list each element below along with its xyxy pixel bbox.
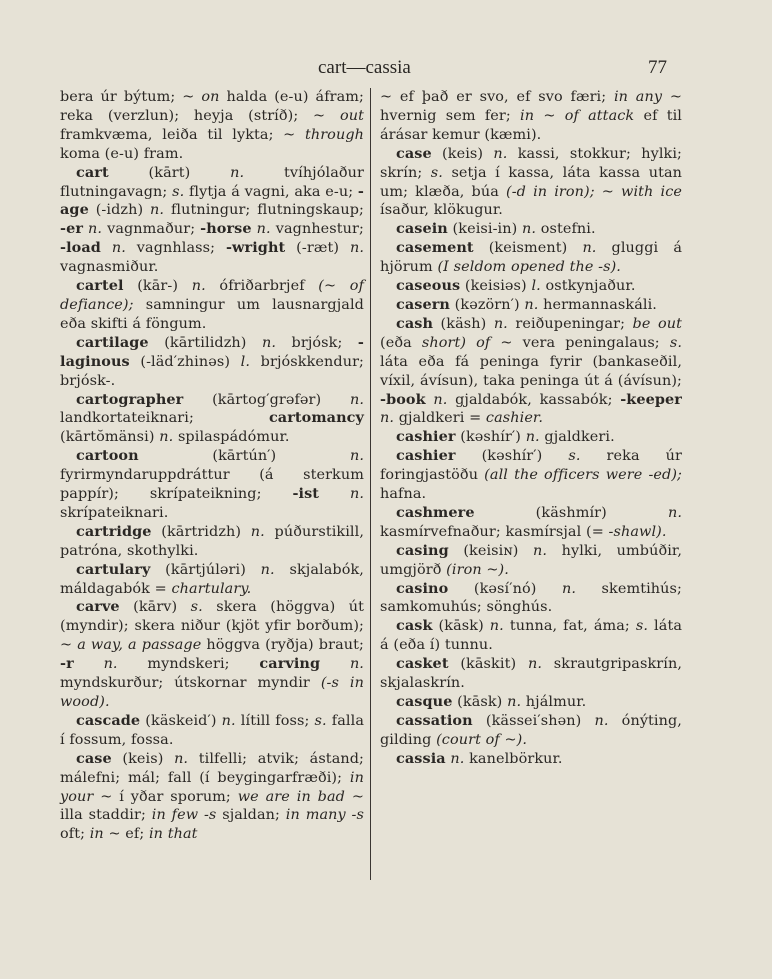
entry-text: (kəsí′nó)	[448, 581, 562, 597]
column-divider	[370, 88, 371, 880]
headword: case	[396, 145, 432, 162]
headword: cartulary	[76, 561, 150, 578]
entry-text: on	[201, 89, 219, 105]
entry-text: landkortateiknari;	[60, 410, 269, 426]
entry-text: n.	[350, 486, 364, 502]
entry-text: (käshmír)	[475, 505, 668, 521]
entry-text: -keeper	[620, 391, 682, 408]
entry-text: s.	[315, 713, 327, 729]
entry-text: -ist	[292, 485, 319, 502]
headword: cash	[396, 315, 433, 332]
entry-text: bera úr býtum; ~	[60, 89, 201, 105]
entry-text: -horse	[200, 220, 251, 237]
entry-text: (-läd′zhinəs)	[130, 354, 241, 370]
entry-text: n.	[380, 410, 394, 426]
entry-text: n.	[174, 751, 188, 767]
entry-text: gjaldabók, kassabók;	[447, 392, 620, 408]
entry-text: n.	[433, 392, 447, 408]
entry-text: reiðupeningar;	[508, 316, 633, 332]
dictionary-entry: cartoon (kārtún′) n. fyrirmyndaruppdrátt…	[60, 447, 364, 523]
entry-text: (court of ~).	[436, 732, 527, 748]
headword: cassation	[396, 712, 473, 729]
entry-text: hvernig sem fer;	[380, 108, 520, 124]
dictionary-entry: cartographer (kārtog′grəfər) n. landkort…	[60, 391, 364, 448]
entry-text: -load	[60, 239, 101, 256]
entry-text: carving	[259, 655, 320, 672]
entry-text: myndskurður; útskornar myndir	[60, 675, 321, 691]
entry-text: ostkynjaður.	[541, 278, 636, 294]
entry-text: (kārt)	[109, 165, 230, 181]
entry-text: (kāsk)	[452, 694, 507, 710]
dictionary-entry: casein (keisi-in) n. ostefni.	[380, 220, 682, 239]
entry-text: (kārtjúləri)	[150, 562, 260, 578]
dictionary-entry: case (keis) n. kassi, stokkur; hylki; sk…	[380, 145, 682, 221]
entry-text: (keis)	[432, 146, 494, 162]
entry-text: in ~	[90, 826, 121, 842]
headword: cartographer	[76, 391, 183, 408]
entry-text: -shawl).	[609, 524, 667, 540]
headword: casement	[396, 239, 474, 256]
entry-text: (iron ~).	[446, 562, 509, 578]
running-head: cart—cassia	[318, 57, 411, 79]
entry-text: hafna.	[380, 486, 426, 502]
entry-text: n.	[261, 562, 275, 578]
entry-text: s.	[431, 165, 443, 181]
entry-text: skrípateiknari.	[60, 505, 168, 521]
entry-text: -er	[60, 220, 83, 237]
entry-text: n.	[533, 543, 547, 559]
entry-text: n.	[350, 240, 364, 256]
entry-text: n.	[493, 146, 507, 162]
entry-text: myndskeri;	[118, 656, 260, 672]
dictionary-entry: cascade (käskeid′) n. lítill foss; s. fa…	[60, 712, 364, 750]
entry-text	[74, 656, 104, 672]
entry-text: (keis)	[112, 751, 174, 767]
entry-text: n.	[112, 240, 126, 256]
entry-text: n.	[582, 240, 596, 256]
headword: cassia	[396, 750, 446, 767]
entry-text: flytja á vagni, aka e-u;	[184, 184, 358, 200]
entry-text: -r	[60, 655, 74, 672]
dictionary-entry: case (keis) n. tilfelli; atvik; ástand; …	[60, 750, 364, 845]
headword: cascade	[76, 712, 140, 729]
headword: case	[76, 750, 112, 767]
headword: cartilage	[76, 334, 149, 351]
page-number: 77	[648, 57, 667, 79]
dictionary-entry: cashier (kəshír′) n. gjaldkeri.	[380, 428, 682, 447]
dictionary-entry: cashmere (käshmír) n. kasmírvefnaður; ka…	[380, 504, 682, 542]
entry-text: n.	[230, 165, 244, 181]
entry-text: (kässei′shən)	[473, 713, 595, 729]
headword: cashmere	[396, 504, 475, 521]
entry-text	[101, 240, 112, 256]
entry-text: n.	[450, 751, 464, 767]
dictionary-entry: cash (käsh) n. reiðupeningar; be out (eð…	[380, 315, 682, 428]
entry-text: (kəshír′)	[456, 448, 569, 464]
dictionary-entry: casque (kāsk) n. hjálmur.	[380, 693, 682, 712]
entry-text: cashier.	[486, 410, 543, 426]
entry-text: n.	[494, 316, 508, 332]
entry-text: (kəzörn′)	[450, 297, 524, 313]
entry-text: (-ræt)	[285, 240, 350, 256]
entry-text: n.	[257, 221, 271, 237]
dictionary-entry: carve (kārv) s. skera (höggva) út (myndi…	[60, 598, 364, 711]
entry-text: (keisiəs)	[460, 278, 531, 294]
entry-text: n.	[490, 618, 504, 634]
entry-text: (keisi-in)	[448, 221, 522, 237]
dictionary-entry: bera úr býtum; ~ on halda (e-u) áfram; r…	[60, 88, 364, 164]
entry-text: gjaldkeri.	[540, 429, 615, 445]
headword: cartridge	[76, 523, 152, 540]
entry-text: n.	[104, 656, 118, 672]
entry-text: vagnasmiður.	[60, 259, 158, 275]
entry-text: ostefni.	[536, 221, 596, 237]
entry-text: (kāsk)	[433, 618, 490, 634]
dictionary-entry: cassation (kässei′shən) n. ónýting, gild…	[380, 712, 682, 750]
entry-text: ef;	[121, 826, 149, 842]
entry-text: n.	[88, 221, 102, 237]
dictionary-entry: cashier (kəshír′) s. reka úr foringjastö…	[380, 447, 682, 504]
entry-text: be out	[633, 316, 682, 332]
entry-text: illa staddir;	[60, 807, 152, 823]
page-header: cart—cassia 77	[0, 57, 772, 81]
entry-text: n.	[668, 505, 682, 521]
dictionary-entry: ~ ef það er svo, ef svo færi; in any ~ h…	[380, 88, 682, 145]
entry-text: láta eða fá peninga fyrir (bankaseðil, v…	[380, 354, 682, 389]
headword: casino	[396, 580, 448, 597]
headword: cartoon	[76, 447, 139, 464]
entry-text: hjálmur.	[521, 694, 586, 710]
headword: cask	[396, 617, 433, 634]
entry-text: vagnhestur;	[271, 221, 364, 237]
entry-text: framkvæma, leiða til lykta; ~	[60, 127, 305, 143]
entry-text: n.	[350, 656, 364, 672]
entry-text: s.	[636, 618, 648, 634]
entry-text: flutningur; flutningskaup;	[164, 202, 364, 218]
headword: cashier	[396, 447, 456, 464]
entry-text: koma (e-u) fram.	[60, 146, 183, 162]
dictionary-entry: caseous (keisiəs) l. ostkynjaður.	[380, 277, 682, 296]
headword: casern	[396, 296, 450, 313]
entry-text: kasmírvefnaður; kasmírsjal (=	[380, 524, 609, 540]
entry-text: (kārtog′grəfər)	[183, 392, 350, 408]
entry-text: (-idzh)	[89, 202, 150, 218]
entry-text: hermannaskáli.	[538, 297, 657, 313]
entry-text: (kārtilidzh)	[149, 335, 262, 351]
entry-text: (kāskit)	[449, 656, 528, 672]
headword: caseous	[396, 277, 460, 294]
left-column: bera úr býtum; ~ on halda (e-u) áfram; r…	[60, 88, 364, 844]
entry-text: n.	[350, 392, 364, 408]
entry-text: n.	[192, 278, 206, 294]
entry-text: tunna, fat, áma;	[504, 618, 636, 634]
headword: cartel	[76, 277, 124, 294]
entry-text: n.	[159, 429, 173, 445]
dictionary-entry: cartel (kār-) n. ófriðarbrjef (~ of defi…	[60, 277, 364, 334]
entry-text: in any ~	[614, 89, 682, 105]
headword: casein	[396, 220, 448, 237]
entry-text: l.	[241, 354, 250, 370]
entry-text: (kārtŏmänsi)	[60, 429, 159, 445]
entry-text: (kəshír′)	[456, 429, 526, 445]
entry-text: (all the officers were -ed);	[484, 467, 682, 483]
headword: casket	[396, 655, 449, 672]
entry-text: n.	[507, 694, 521, 710]
entry-text: (kārv)	[120, 599, 191, 615]
dictionary-entry: cartulary (kārtjúləri) n. skjalabók, mál…	[60, 561, 364, 599]
dictionary-entry: casement (keisment) n. gluggi á hjörum (…	[380, 239, 682, 277]
entry-text: through	[305, 127, 364, 143]
entry-text: vagnmaður;	[102, 221, 200, 237]
dictionary-entry: casket (kāskit) n. skrautgripaskrín, skj…	[380, 655, 682, 693]
entry-text: n.	[594, 713, 608, 729]
entry-text: kanelbörkur.	[464, 751, 562, 767]
entry-text: (keisiɴ)	[449, 543, 533, 559]
entry-text: l.	[531, 278, 540, 294]
entry-text: short) of ~	[422, 335, 513, 351]
dictionary-entry: casino (kəsí′nó) n. skemtihús; samkomuhú…	[380, 580, 682, 618]
dictionary-entry: cartridge (kārtridzh) n. púðurstikill, p…	[60, 523, 364, 561]
entry-text: n.	[251, 524, 265, 540]
entry-text: gjaldkeri =	[394, 410, 486, 426]
entry-text: n.	[522, 221, 536, 237]
dictionary-entry: cartilage (kārtilidzh) n. brjósk; -lagin…	[60, 334, 364, 391]
entry-text: n.	[562, 581, 576, 597]
entry-text: in many -s	[286, 807, 364, 823]
entry-text: ófriðarbrjef	[206, 278, 319, 294]
entry-text: (kār-)	[124, 278, 192, 294]
entry-text: n.	[524, 297, 538, 313]
right-column: ~ ef það er svo, ef svo færi; in any ~ h…	[380, 88, 682, 769]
entry-text: n.	[222, 713, 236, 729]
entry-text: n.	[150, 202, 164, 218]
dictionary-entry: cask (kāsk) n. tunna, fat, áma; s. láta …	[380, 617, 682, 655]
entry-text: (-d in iron); ~ with ice	[506, 184, 682, 200]
dictionary-entry: casern (kəzörn′) n. hermannaskáli.	[380, 296, 682, 315]
headword: carve	[76, 598, 120, 615]
headword: casque	[396, 693, 452, 710]
entry-text: n.	[350, 448, 364, 464]
entry-text	[320, 656, 350, 672]
entry-text: sjaldan;	[216, 807, 285, 823]
entry-text: n.	[528, 656, 542, 672]
entry-text: in ~ of attack	[520, 108, 634, 124]
entry-text: (kārtún′)	[139, 448, 350, 464]
entry-text: (käsh)	[433, 316, 494, 332]
entry-text: höggva (ryðja) braut;	[201, 637, 364, 653]
entry-text: í yðar sporum;	[112, 789, 237, 805]
entry-text: vera peningalaus;	[513, 335, 670, 351]
entry-text: n.	[526, 429, 540, 445]
entry-text: (kārtridzh)	[152, 524, 251, 540]
entry-text: vagnhlass;	[126, 240, 226, 256]
dictionary-page: cart—cassia 77 bera úr býtum; ~ on halda…	[0, 0, 772, 979]
headword: cart	[76, 164, 109, 181]
entry-text: brjósk;	[276, 335, 358, 351]
entry-text: -wright	[226, 239, 285, 256]
entry-text: spilaspádómur.	[173, 429, 289, 445]
entry-text: chartulary.	[172, 581, 252, 597]
entry-text: s.	[670, 335, 682, 351]
entry-text: s.	[191, 599, 203, 615]
entry-text: oft;	[60, 826, 90, 842]
entry-text: lítill foss;	[236, 713, 315, 729]
entry-text: cartomancy	[269, 409, 364, 426]
entry-text: we are in bad ~	[238, 789, 364, 805]
headword: cashier	[396, 428, 456, 445]
entry-text: in few -s	[152, 807, 217, 823]
entry-text: s.	[568, 448, 580, 464]
entry-text: out	[340, 108, 364, 124]
entry-text: n.	[262, 335, 276, 351]
dictionary-entry: casing (keisiɴ) n. hylki, umbúðir, umgjö…	[380, 542, 682, 580]
entry-text: s.	[172, 184, 184, 200]
entry-text: (käskeid′)	[140, 713, 221, 729]
entry-text: ~ ef það er svo, ef svo færi;	[380, 89, 614, 105]
entry-text: (keisment)	[474, 240, 583, 256]
entry-text: (eða	[380, 335, 422, 351]
entry-text: in that	[149, 826, 198, 842]
dictionary-entry: cart (kārt) n. tvíhjólaður flutningavagn…	[60, 164, 364, 277]
entry-text: -book	[380, 391, 426, 408]
entry-text: ísaður, klökugur.	[380, 202, 503, 218]
entry-text: (I seldom opened the -s).	[437, 259, 621, 275]
dictionary-entry: cassia n. kanelbörkur.	[380, 750, 682, 769]
entry-text	[319, 486, 350, 502]
headword: casing	[396, 542, 449, 559]
entry-text: a way, a passage	[77, 637, 201, 653]
